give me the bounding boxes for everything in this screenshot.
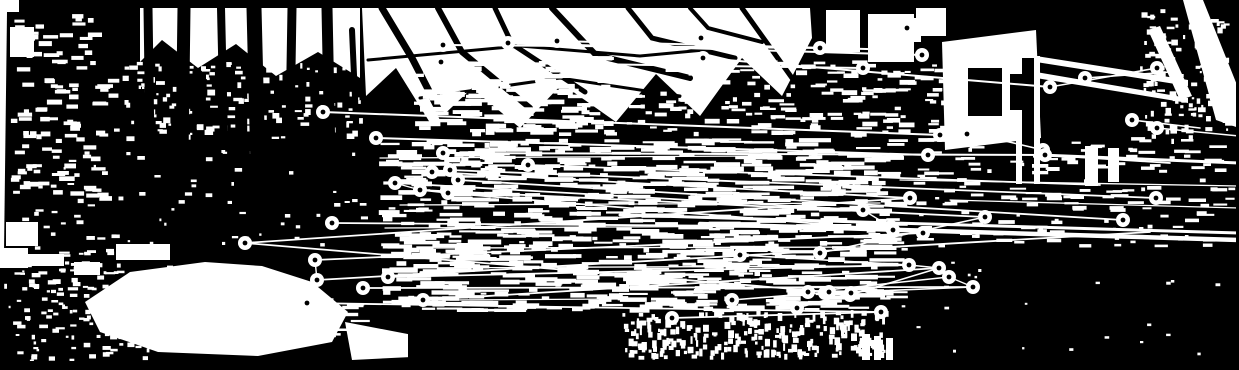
keypoint-ring	[856, 203, 870, 217]
keypoint-ring	[1078, 71, 1092, 85]
shadow-overlays	[408, 312, 622, 362]
keypoint-ring	[822, 285, 836, 299]
keypoint-ring	[694, 31, 708, 45]
keypoint-ring	[696, 51, 710, 65]
keypoint-ring	[801, 285, 815, 299]
keypoint-ring	[238, 236, 252, 250]
keypoint-ring	[356, 281, 370, 295]
keypoint-ring	[441, 186, 455, 200]
keypoint-ring	[425, 165, 439, 179]
keypoint-ring	[436, 146, 450, 160]
keypoint-ring	[501, 36, 515, 50]
keypoint-ring	[1116, 213, 1130, 227]
keypoint-ring	[886, 223, 900, 237]
keypoint-ring	[733, 248, 747, 262]
keypoint-ring	[369, 131, 383, 145]
feature-match-figure	[0, 0, 1239, 370]
keypoint-ring	[844, 286, 858, 300]
keypoint-ring	[325, 216, 339, 230]
keypoint-ring	[550, 34, 564, 48]
keypoint-ring	[902, 258, 916, 272]
keypoint-ring	[1043, 80, 1057, 94]
keypoint-ring	[916, 226, 930, 240]
keypoint-ring	[316, 105, 330, 119]
keypoint-ring	[933, 128, 947, 142]
keypoint-ring	[903, 191, 917, 205]
keypoint-ring	[451, 173, 465, 187]
keypoint-ring	[921, 148, 935, 162]
keypoint-ring	[813, 41, 827, 55]
keypoint-ring	[434, 55, 448, 69]
keypoint-ring	[900, 21, 914, 35]
keypoint-ring	[1150, 61, 1164, 75]
keypoint-ring	[1150, 121, 1164, 135]
keypoint-ring	[1149, 191, 1163, 205]
keypoint-ring	[310, 273, 324, 287]
keypoint-ring	[966, 280, 980, 294]
keypoint-ring	[978, 210, 992, 224]
keypoint-ring	[790, 301, 804, 315]
keypoint-ring	[416, 293, 430, 307]
keypoint-ring	[856, 61, 870, 75]
keypoint-ring	[388, 176, 402, 190]
keypoint-ring	[874, 305, 888, 319]
keypoint-ring	[960, 127, 974, 141]
keypoint-ring	[436, 38, 450, 52]
keypoint-ring	[308, 253, 322, 267]
keypoint-ring	[1125, 113, 1139, 127]
keypoint-ring	[813, 246, 827, 260]
keypoint-ring	[915, 48, 929, 62]
keypoint-ring	[300, 296, 314, 310]
keypoint-ring	[942, 270, 956, 284]
keypoint-ring	[413, 183, 427, 197]
keypoint-ring	[725, 293, 739, 307]
keypoint-ring	[665, 311, 679, 325]
stitched-image-canvas	[0, 0, 1239, 370]
keypoint-ring	[381, 270, 395, 284]
keypoint-ring	[521, 158, 535, 172]
keypoint-ring	[1038, 148, 1052, 162]
